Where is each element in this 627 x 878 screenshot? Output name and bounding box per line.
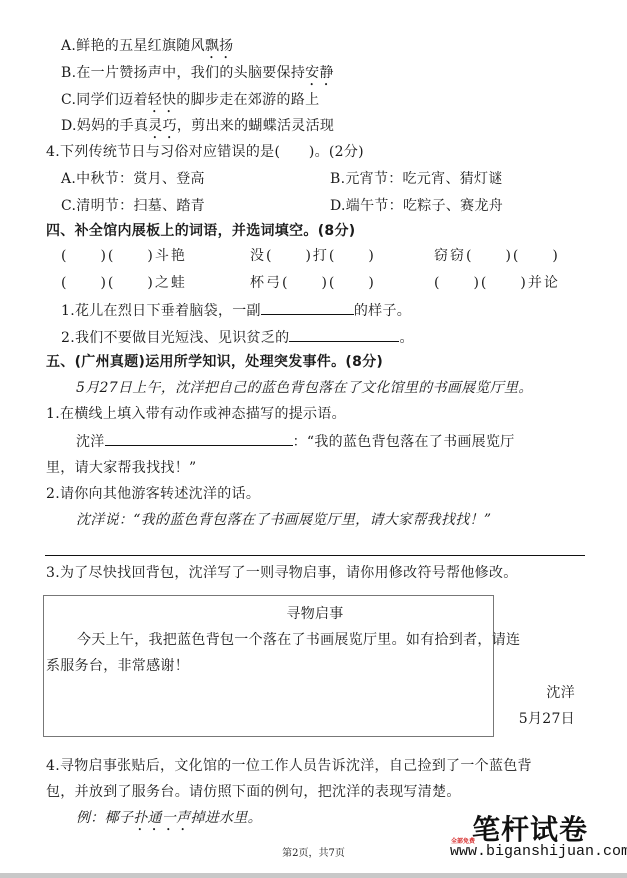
dotted-word: 轻快 xyxy=(148,92,177,108)
option-label: A. xyxy=(61,38,76,54)
question-2-stem: 2.请你向其他游客转述沈洋的话。 xyxy=(46,484,260,504)
option-d: D.妈妈的手真灵巧，剪出来的蝴蝶活灵活现 xyxy=(61,116,334,142)
dotted-word: 灵巧 xyxy=(148,118,177,134)
q4-option-a: A.中秋节：赏月、登高 xyxy=(61,169,205,189)
speaker-name: 沈洋 xyxy=(76,434,105,450)
option-label: B. xyxy=(61,65,76,81)
question-1-line: 沈洋：“我的蓝色背包落在了书画展览厅 xyxy=(76,431,515,452)
option-text: ，剪出来的蝴蝶活灵活现 xyxy=(177,118,334,134)
option-a: A.鲜艳的五星红旗随风飘扬 xyxy=(61,36,233,62)
fill-sentence-1: 1.花儿在烈日下垂着脑袋，一副的样子。 xyxy=(61,300,411,321)
watermark-brand: 笔杆试卷 xyxy=(472,808,588,848)
option-text: 妈妈的手真 xyxy=(77,118,149,134)
question-4-line-1: 4.寻物启事张贴后，文化馆的一位工作人员告诉沈洋，自己捡到了一个蓝色背 xyxy=(46,756,532,776)
option-text: 同学们迈着 xyxy=(76,92,148,108)
dotted-word: 飘扬 xyxy=(205,38,234,54)
dotted-word: 安静 xyxy=(305,65,334,81)
notice-date: 5月27日 xyxy=(440,709,575,729)
idiom-1-1: ( )( )斗艳 xyxy=(61,246,187,266)
watermark-url: www.biganshijuan.com xyxy=(450,843,627,860)
answer-blank[interactable] xyxy=(261,300,354,315)
option-label: D. xyxy=(61,118,77,134)
q4-option-b: B.元宵节：吃元宵、猜灯谜 xyxy=(330,169,503,189)
fill-sentence-2: 2.我们不要做目光短浅、见识贫乏的。 xyxy=(61,327,414,348)
sentence-text: 2.我们不要做目光短浅、见识贫乏的 xyxy=(61,330,289,346)
option-label: C. xyxy=(61,92,76,108)
dotted-word: 扑通一声 xyxy=(133,810,190,826)
option-text: 的脚步走在郊游的路上 xyxy=(176,92,319,108)
question-1-stem: 1.在横线上填入带有动作或神态描写的提示语。 xyxy=(46,404,346,424)
sentence-text: 1.花儿在烈日下垂着脑袋，一副 xyxy=(61,303,261,319)
quote-continued: 里，请大家帮我找找！” xyxy=(46,458,196,478)
question-3-stem: 3.为了尽快找回背包，沈洋写了一则寻物启事，请你用修改符号帮他修改。 xyxy=(46,563,518,583)
option-b: B.在一片赞扬声中，我们的头脑要保持安静 xyxy=(61,63,334,89)
option-text: 在一片赞扬声中，我们的头脑要保持 xyxy=(76,65,305,81)
section-4-title: 四、补全馆内展板上的词语，并选词填空。(8分) xyxy=(46,221,355,241)
notice-signature: 沈洋 xyxy=(440,683,575,703)
example-sentence: 例：椰子扑通一声掉进水里。 xyxy=(76,808,262,834)
idiom-1-3: 窃窃( )( ) xyxy=(434,246,560,266)
answer-blank[interactable] xyxy=(289,327,399,342)
answer-blank[interactable] xyxy=(105,431,293,446)
sentence-text: 的样子。 xyxy=(354,303,411,319)
question-4-line-2: 包，并放到了服务台。请仿照下面的例句，把沈洋的表现写清楚。 xyxy=(46,782,461,802)
question-4-stem: 4.下列传统节日与习俗对应错误的是( )。(2分) xyxy=(46,142,364,162)
answer-line[interactable] xyxy=(45,555,585,556)
idiom-2-3: ( )( )并论 xyxy=(434,273,560,293)
idiom-2-2: 杯弓( )( ) xyxy=(250,273,376,293)
notice-body-line-2: 系服务台，非常感谢！ xyxy=(46,656,189,676)
page-bottom-bar xyxy=(0,873,627,878)
option-text: 鲜艳的五星红旗随风 xyxy=(76,38,205,54)
question-2-quote: 沈洋说：“我的蓝色背包落在了书画展览厅里，请大家帮我找找！” xyxy=(76,510,491,530)
notice-body-line-1: 今天上午，我把蓝色背包一个落在了书画展览厅里。如有拾到者，请连 xyxy=(77,630,520,650)
q4-option-d: D.端午节：吃粽子、赛龙舟 xyxy=(330,196,503,216)
idiom-2-1: ( )( )之蛙 xyxy=(61,273,187,293)
example-text: 掉进水里。 xyxy=(190,810,262,826)
sentence-text: 。 xyxy=(399,330,413,346)
section-5-title: 五、(广州真题)运用所学知识，处理突发事件。(8分) xyxy=(46,352,383,372)
q4-option-c: C.清明节：扫墓、踏青 xyxy=(61,196,205,216)
idiom-1-2: 没( )打( ) xyxy=(250,246,376,266)
notice-title: 寻物启事 xyxy=(250,604,380,624)
example-text: 例：椰子 xyxy=(76,810,133,826)
quote-text: ：“我的蓝色背包落在了书画展览厅 xyxy=(293,434,515,450)
scenario-intro: 5月27日上午，沈洋把自己的蓝色背包落在了文化馆里的书画展览厅里。 xyxy=(76,378,533,398)
option-c: C.同学们迈着轻快的脚步走在郊游的路上 xyxy=(61,90,319,116)
